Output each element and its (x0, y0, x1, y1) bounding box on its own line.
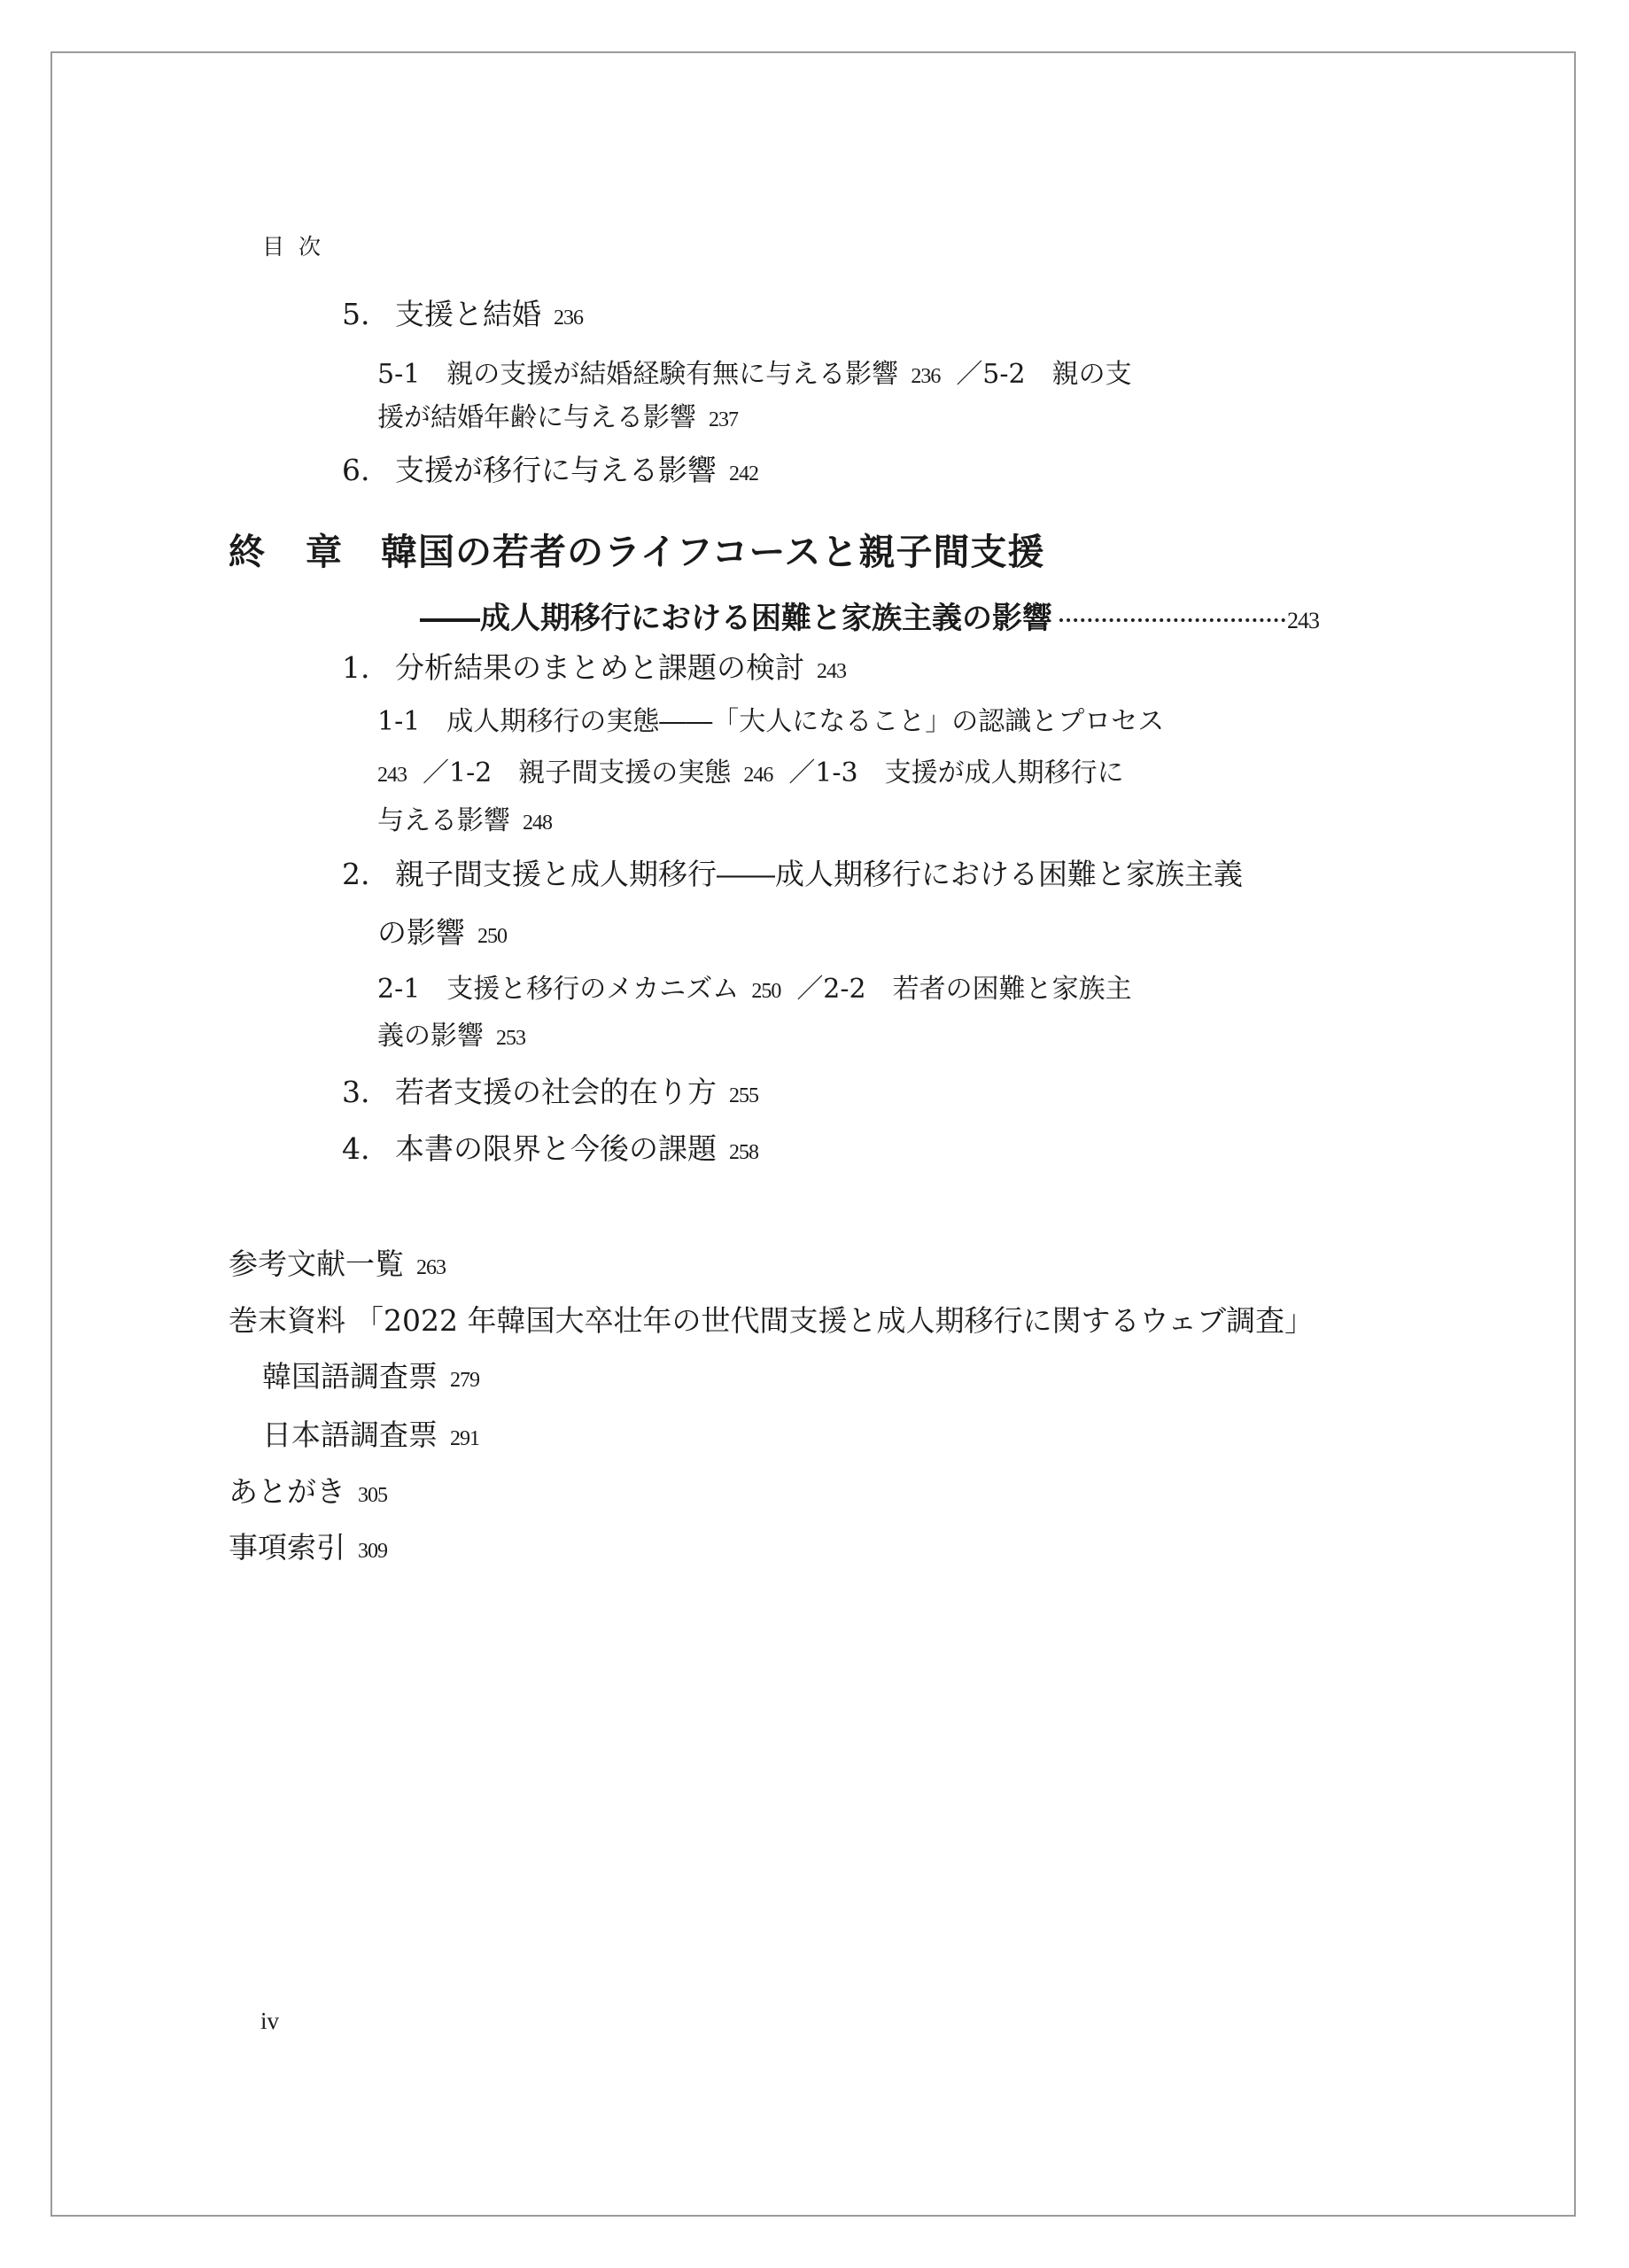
entry-title: 参考文献一覧 (229, 1247, 404, 1281)
page-number: 246 (743, 764, 772, 787)
page-number: 236 (911, 365, 940, 388)
subentry-title: 義の影響 (377, 1021, 484, 1052)
toc-entry-appendix[interactable]: 巻末資料「2022 年韓国大卒壮年の世代間支援と成人期移行に関するウェブ調査」 (229, 1306, 1314, 1335)
page-number: 309 (358, 1540, 387, 1563)
toc-chapter-final[interactable]: 終章韓国の若者のライフコースと親子間支援 (229, 534, 1044, 571)
entry-title: 日本語調査票 (262, 1417, 438, 1452)
toc-subentry-line[interactable]: 243／1-2 親子間支援の実態246／1-3 支援が成人期移行に (377, 760, 1124, 787)
subentry-title: 与える影響 (377, 805, 510, 836)
page-number: 258 (729, 1141, 758, 1164)
chapter-subtitle[interactable]: ――成人期移行における困難と家族主義の影響243 (420, 603, 1319, 633)
toc-entry-section-2[interactable]: 2.親子間支援と成人期移行――成人期移行における困難と家族主義 (342, 859, 1243, 889)
section-title: 親子間支援と成人期移行――成人期移行における困難と家族主義 (395, 857, 1243, 891)
entry-title: 韓国語調査票 (262, 1359, 438, 1394)
toc-subentry-line[interactable]: 義の影響253 (377, 1023, 525, 1050)
toc-entry-section-5[interactable]: 5.支援と結婚236 (342, 299, 583, 329)
running-header: 目次 (262, 236, 335, 258)
toc-entry-index[interactable]: 事項索引309 (229, 1533, 387, 1562)
subentry-title: 2-1 支援と移行のメカニズム (377, 974, 739, 1005)
toc-entry-section-4[interactable]: 4.本書の限界と今後の課題258 (342, 1134, 758, 1163)
page-number: 243 (1287, 608, 1319, 633)
chapter-label: 終章 (229, 534, 381, 571)
section-title: の影響 (377, 915, 465, 950)
page-number: 250 (477, 925, 507, 948)
toc-entry-afterword[interactable]: あとがき305 (229, 1477, 387, 1506)
toc-subentry-line[interactable]: 1-1 成人期移行の実態――「大人になること」の認識とプロセス (377, 709, 1164, 735)
page-number: 279 (450, 1369, 479, 1392)
dot-leader (1059, 618, 1285, 622)
section-number: 4. (342, 1134, 395, 1163)
section-title: 若者支援の社会的在り方 (395, 1075, 717, 1109)
section-title: 本書の限界と今後の課題 (395, 1131, 717, 1166)
page-number: 255 (729, 1084, 758, 1107)
page-number: 236 (554, 307, 583, 330)
page-number: 305 (358, 1484, 387, 1507)
page-number: 237 (709, 408, 738, 431)
chapter-subtitle-text: ――成人期移行における困難と家族主義の影響 (420, 601, 1052, 636)
page-number: 263 (416, 1256, 446, 1279)
toc-subentry-line[interactable]: 援が結婚年齢に与える影響237 (377, 405, 738, 431)
toc-subentry-line[interactable]: 与える影響248 (377, 808, 552, 835)
section-title: 分析結果のまとめと課題の検討 (395, 650, 804, 685)
page-number: 248 (523, 812, 552, 835)
subentry-title: ／2-2 若者の困難と家族主 (796, 974, 1131, 1005)
entry-title: 事項索引 (229, 1530, 345, 1565)
subentry-title: 援が結婚年齢に与える影響 (377, 402, 696, 433)
toc-entry-section-2-cont[interactable]: の影響250 (377, 918, 507, 947)
entry-title: 巻末資料 (229, 1303, 345, 1338)
page-number: 253 (496, 1027, 525, 1050)
toc-entry-references[interactable]: 参考文献一覧263 (229, 1249, 446, 1278)
page-number: 242 (729, 462, 758, 485)
page-number: 291 (450, 1427, 479, 1450)
toc-entry-section-3[interactable]: 3.若者支援の社会的在り方255 (342, 1077, 758, 1107)
subentry-title: 1-1 成人期移行の実態――「大人になること」の認識とプロセス (377, 706, 1164, 737)
subentry-title: ／5-2 親の支 (956, 359, 1131, 390)
toc-subentry-line[interactable]: 2-1 支援と移行のメカニズム250／2-2 若者の困難と家族主 (377, 976, 1132, 1003)
toc-entry-section-1[interactable]: 1.分析結果のまとめと課題の検討243 (342, 653, 846, 682)
toc-entry-section-6[interactable]: 6.支援が移行に与える影響242 (342, 455, 758, 485)
chapter-title: 韓国の若者のライフコースと親子間支援 (381, 531, 1044, 573)
section-number: 3. (342, 1077, 395, 1107)
page-number: 243 (817, 660, 846, 683)
section-title: 支援が移行に与える影響 (395, 453, 717, 487)
toc-subentry-line[interactable]: 5-1 親の支援が結婚経験有無に与える影響236／5-2 親の支 (377, 361, 1132, 388)
toc-entry-japanese-questionnaire[interactable]: 日本語調査票291 (262, 1420, 479, 1449)
page-folio: iv (260, 2009, 279, 2033)
section-number: 2. (342, 859, 395, 889)
section-number: 1. (342, 653, 395, 682)
entry-title: あとがき (229, 1474, 345, 1509)
subentry-title: 5-1 親の支援が結婚経験有無に与える影響 (377, 359, 898, 390)
toc-entry-korean-questionnaire[interactable]: 韓国語調査票279 (262, 1362, 479, 1391)
section-number: 6. (342, 455, 395, 485)
section-title: 支援と結婚 (395, 297, 541, 331)
section-number: 5. (342, 299, 395, 329)
entry-subtitle: 「2022 年韓国大卒壮年の世代間支援と成人期移行に関するウェブ調査」 (354, 1303, 1314, 1338)
page-number: 250 (751, 980, 780, 1003)
page-number: 243 (377, 764, 407, 787)
subentry-title: ／1-3 支援が成人期移行に (788, 757, 1123, 788)
subentry-title: ／1-2 親子間支援の実態 (423, 757, 731, 788)
